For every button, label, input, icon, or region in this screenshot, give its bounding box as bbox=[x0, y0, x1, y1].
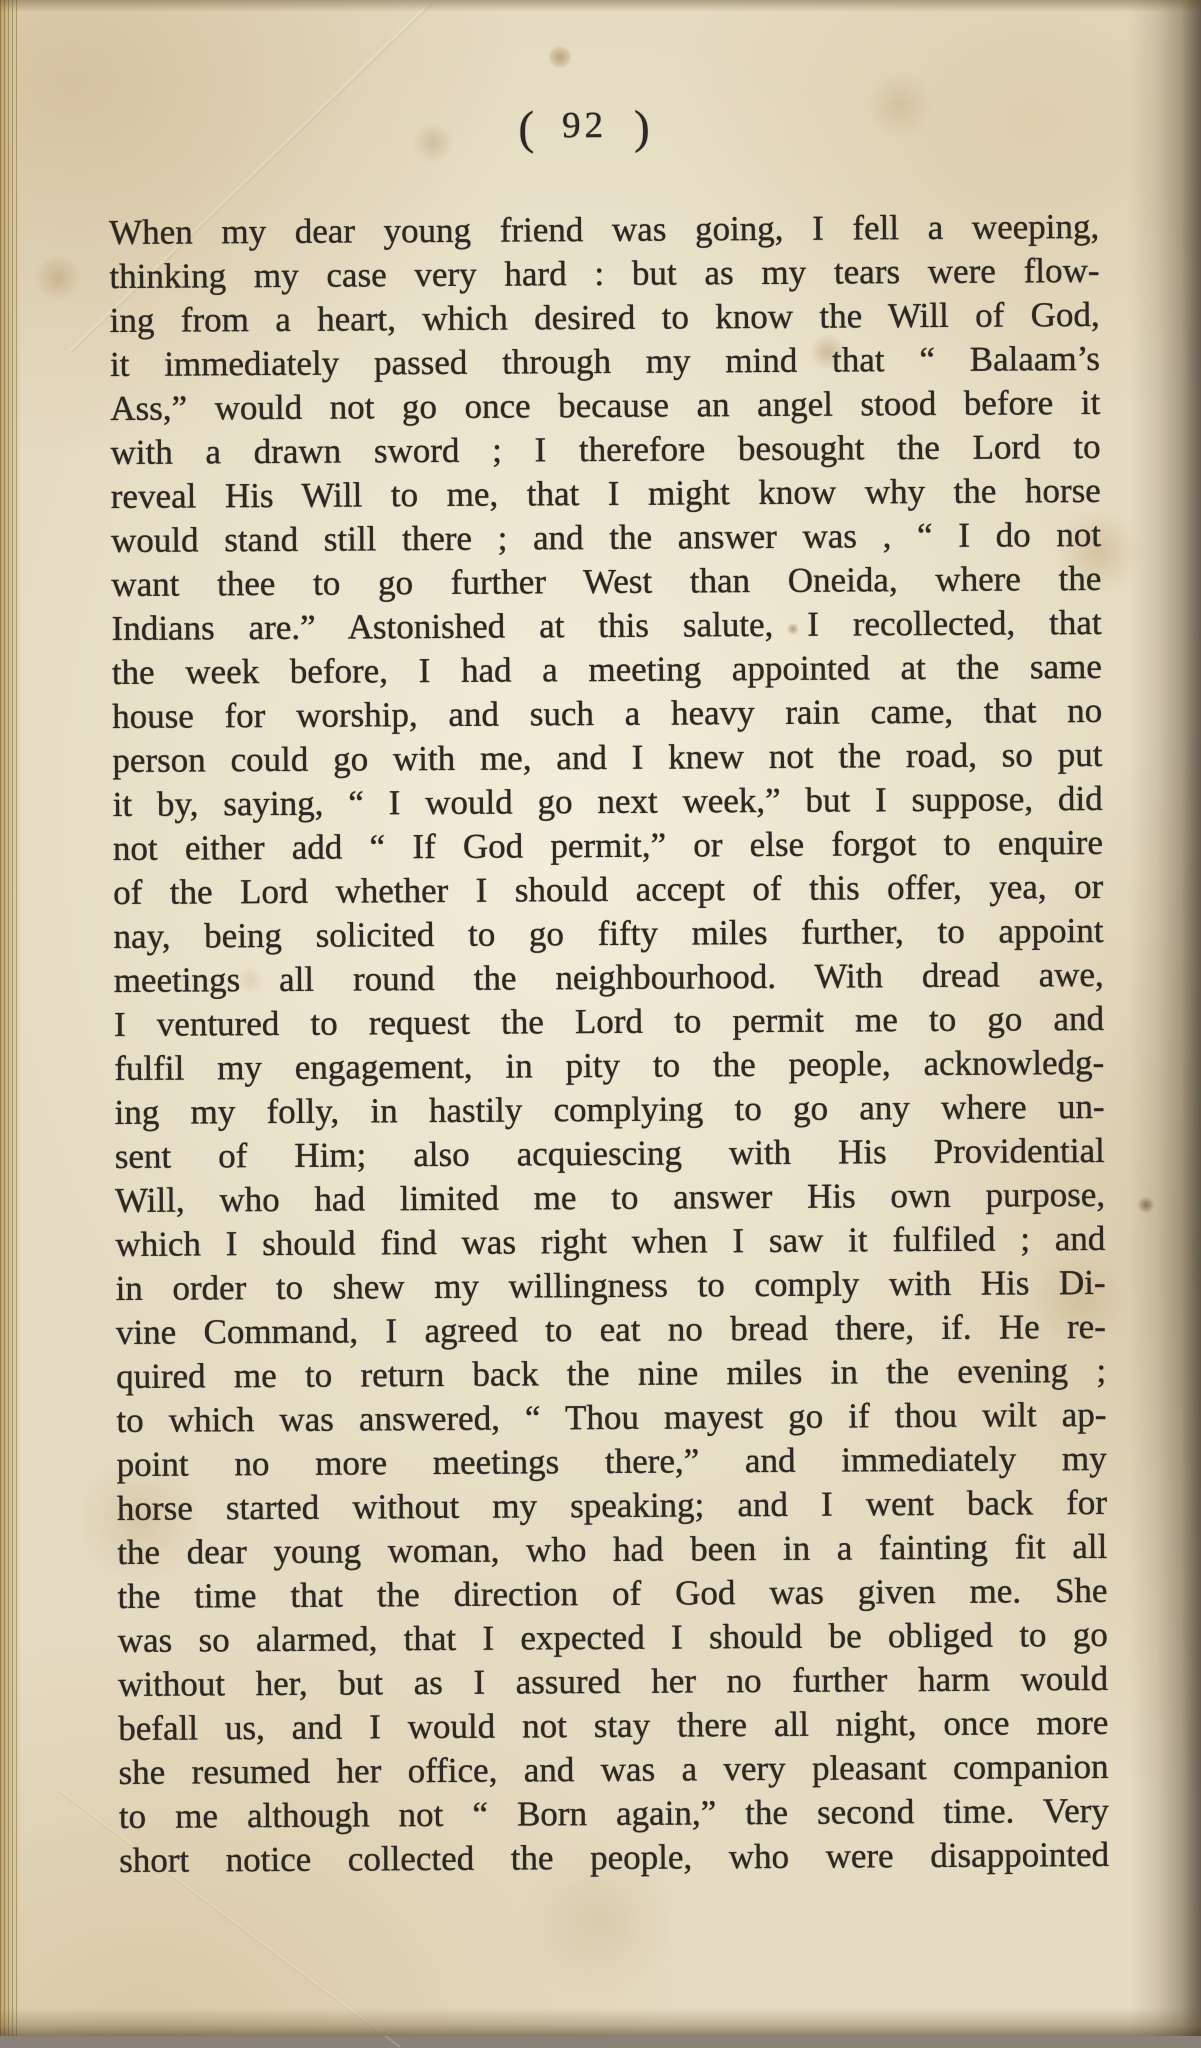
text-line: point no more meetings there,” and immed… bbox=[117, 1437, 1107, 1487]
page-number-close-paren: ) bbox=[634, 102, 651, 154]
text-line: quired me to return back the nine miles … bbox=[116, 1349, 1106, 1399]
text-line: When my dear young friend was going, I f… bbox=[109, 205, 1099, 255]
text-line: to me although not “ Born again,” the se… bbox=[119, 1789, 1109, 1839]
text-line: meetings all round the neighbourhood. Wi… bbox=[114, 953, 1104, 1003]
text-line: I ventured to request the Lord to permit… bbox=[114, 997, 1104, 1047]
text-line: the week before, I had a meeting appoint… bbox=[112, 645, 1102, 695]
text-line: thinking my case very hard : but as my t… bbox=[109, 249, 1099, 299]
text-line: it by, saying, “ I would go next week,” … bbox=[113, 777, 1103, 827]
text-line: to which was answered, “ Thou mayest go … bbox=[116, 1393, 1106, 1443]
text-line: she resumed her office, and was a very p… bbox=[118, 1745, 1108, 1795]
text-line: of the Lord whether I should accept of t… bbox=[113, 865, 1103, 915]
text-block: When my dear young friend was going, I f… bbox=[109, 205, 1109, 1883]
text-line: would stand still there ; and the answer… bbox=[111, 513, 1101, 563]
text-line: without her, but as I assured her no fur… bbox=[118, 1657, 1108, 1707]
text-line: the dear young woman, who had been in a … bbox=[117, 1525, 1107, 1575]
text-line: it immediately passed through my mind th… bbox=[110, 337, 1100, 387]
page-header: (92) bbox=[104, 93, 1064, 161]
book-page: (92) When my dear young friend was going… bbox=[0, 0, 1201, 2036]
text-line: Will, who had limited me to answer His o… bbox=[115, 1173, 1105, 1223]
page-content: (92) When my dear young friend was going… bbox=[0, 0, 1201, 2036]
text-line: reveal His Will to me, that I might know… bbox=[111, 469, 1101, 519]
text-line: person could go with me, and I knew not … bbox=[112, 733, 1102, 783]
text-line: ing from a heart, which desired to know … bbox=[110, 293, 1100, 343]
text-line: the time that the direction of God was g… bbox=[117, 1569, 1107, 1619]
text-line: vine Command, I agreed to eat no bread t… bbox=[116, 1305, 1106, 1355]
text-line: horse started without my speaking; and I… bbox=[117, 1481, 1107, 1531]
text-line: fulfil my engagement, in pity to the peo… bbox=[114, 1041, 1104, 1091]
text-line: Indians are.” Astonished at this salute,… bbox=[111, 601, 1101, 651]
text-line: ing my folly, in hastily complying to go… bbox=[114, 1085, 1104, 1135]
text-line: nay, being solicited to go fifty miles f… bbox=[113, 909, 1103, 959]
text-line: which I should find was right when I saw… bbox=[115, 1217, 1105, 1267]
text-line: not either add “ If God permit,” or else… bbox=[113, 821, 1103, 871]
page-number-open-paren: ( bbox=[518, 102, 535, 154]
text-line: short notice collected the people, who w… bbox=[119, 1833, 1109, 1883]
text-line: sent of Him; also acquiescing with His P… bbox=[115, 1129, 1105, 1179]
text-line: in order to shew my willingness to compl… bbox=[116, 1261, 1106, 1311]
text-line: befall us, and I would not stay there al… bbox=[118, 1701, 1108, 1751]
text-line: Ass,” would not go once because an angel… bbox=[110, 381, 1100, 431]
text-line: was so alarmed, that I expected I should… bbox=[118, 1613, 1108, 1663]
text-line: with a drawn sword ; I therefore besough… bbox=[110, 425, 1100, 475]
text-line: want thee to go further West than Oneida… bbox=[111, 557, 1101, 607]
page-number: 92 bbox=[562, 105, 607, 146]
text-line: house for worship, and such a heavy rain… bbox=[112, 689, 1102, 739]
